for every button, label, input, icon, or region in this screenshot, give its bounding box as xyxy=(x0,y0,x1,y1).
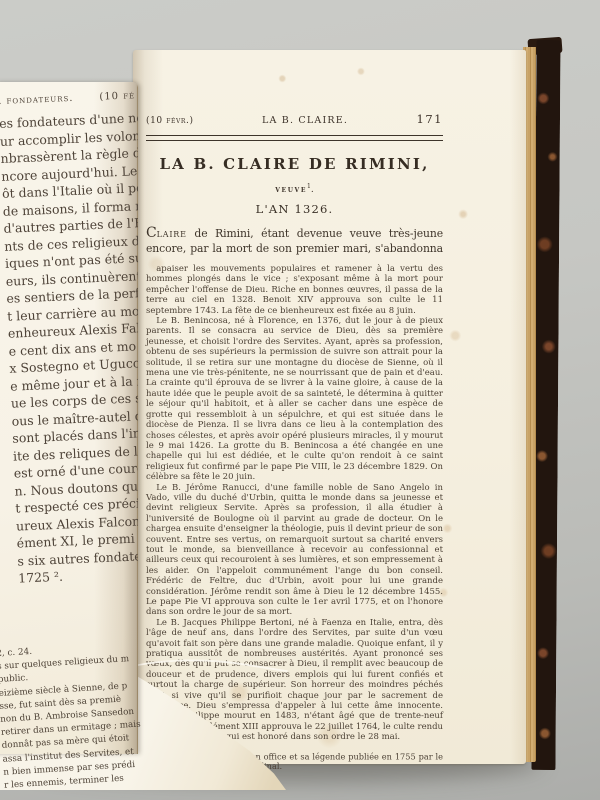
note-paragraph: Le B. Jérôme Ranucci, d'une famille nobl… xyxy=(146,483,443,618)
left-page-text-line: de maisons, il forma n xyxy=(2,192,138,220)
lead-line-2: encore, par la mort de son premier mari,… xyxy=(146,241,443,256)
left-page-text-line: ur accomplir les volonte xyxy=(0,122,138,150)
left-page-text-line: t leur carrière au mon xyxy=(7,296,138,324)
left-page-text-line: ôt dans l'Italie où il pos xyxy=(2,174,138,202)
footnote-text: Voyez les leçons de son office et sa lég… xyxy=(146,751,443,771)
lead-drop-initial: C xyxy=(146,225,157,241)
left-page-text: . fondateurs. (10 fé es fondateurs d'une… xyxy=(0,85,138,587)
subtitle-period: . xyxy=(311,185,314,195)
lead-smallcaps: laire xyxy=(157,227,187,240)
left-page-text-line: d'autres parties de l'Eu xyxy=(3,209,138,237)
left-page-text-line: enheureux Alexis Falc xyxy=(8,314,138,342)
left-page-text-line: 1725 ². xyxy=(18,559,138,587)
left-page-text-line: x Sostegno et Uguccio xyxy=(9,349,138,377)
lead-line-1: Claire de Rimini, étant devenue veuve tr… xyxy=(146,226,443,241)
left-page-text-line: n. Nous doutons que xyxy=(14,471,138,499)
left-page-text-line: e même jour et à la n xyxy=(10,366,138,394)
year-line: L'AN 1326. xyxy=(146,202,443,216)
article-subtitle: veuve1. xyxy=(146,183,443,195)
left-page-text-line: es fondateurs d'une nou xyxy=(0,104,138,132)
left-running-header: . fondateurs. (10 fé xyxy=(0,85,138,107)
subtitle-word: veuve xyxy=(275,185,307,195)
left-page-lines: es fondateurs d'une nou ur accomplir les… xyxy=(0,104,138,587)
header-date: (10 févr.) xyxy=(146,116,194,126)
left-page-text-line: est orné d'une couro xyxy=(13,454,138,482)
left-page-text-line: eurs, ils continuèrent à xyxy=(5,261,138,289)
left-page-text-line: es sentiers de la perfe xyxy=(6,279,138,307)
page-number: 171 xyxy=(417,112,443,126)
notes-block: apaiser les mouvements populaires et ram… xyxy=(146,264,443,743)
left-page-text-line: ous le maître-autel du xyxy=(11,401,138,429)
left-page-text-line: ncore aujourd'hui. Le m xyxy=(1,157,138,185)
left-page-text-line: ureux Alexis Falconi xyxy=(16,506,138,534)
left-page-text-line: ément XI, le premi xyxy=(16,524,138,552)
left-page-text-line: sont placés dans l'int xyxy=(12,419,138,447)
left-page-text-line: iques n'ont pas été suppr xyxy=(5,244,138,272)
left-page-text-line: ite des reliques de la xyxy=(13,436,138,464)
note-paragraph: Le B. Jacques Philippe Bertoni, né à Fae… xyxy=(146,618,443,743)
note-paragraph: apaiser les mouvements populaires et ram… xyxy=(146,264,443,316)
left-page-text-line: s six autres fondateu xyxy=(17,541,138,569)
book-photo-scene: (10 févr.) LA B. CLAIRE. 171 LA B. CLAIR… xyxy=(0,0,600,800)
lead-line-1-text: de Rimini, étant devenue veuve très-jeun… xyxy=(187,227,443,240)
left-page-text-line: nts de ces religieux da xyxy=(4,226,138,254)
right-page: (10 févr.) LA B. CLAIRE. 171 LA B. CLAIR… xyxy=(133,50,526,764)
footnote-reference: 1 xyxy=(156,751,160,758)
left-page-text-line: nbrassèrent la règle de s xyxy=(0,139,138,167)
double-rule xyxy=(146,135,443,141)
note-paragraph: Le B. Benincosa, né à Florence, en 1376,… xyxy=(146,316,443,483)
left-header-date: (10 fé xyxy=(99,90,135,102)
left-page-text-line: ue les corps de ces sep xyxy=(11,384,138,412)
footnote: 1 Voyez les leçons de son office et sa l… xyxy=(146,750,443,772)
running-header: (10 févr.) LA B. CLAIRE. 171 xyxy=(146,112,443,126)
header-title: LA B. CLAIRE. xyxy=(262,115,348,126)
left-page-text-line: e cent dix ans et mo xyxy=(8,331,138,359)
article-title: LA B. CLAIRE DE RIMINI, xyxy=(146,155,443,173)
left-page-text-line: t respecté ces préci xyxy=(15,489,138,517)
left-header-title: . fondateurs. xyxy=(0,93,74,107)
right-page-content: (10 févr.) LA B. CLAIRE. 171 LA B. CLAIR… xyxy=(146,112,443,780)
left-page-surface: . fondateurs. (10 fé es fondateurs d'une… xyxy=(0,82,138,754)
